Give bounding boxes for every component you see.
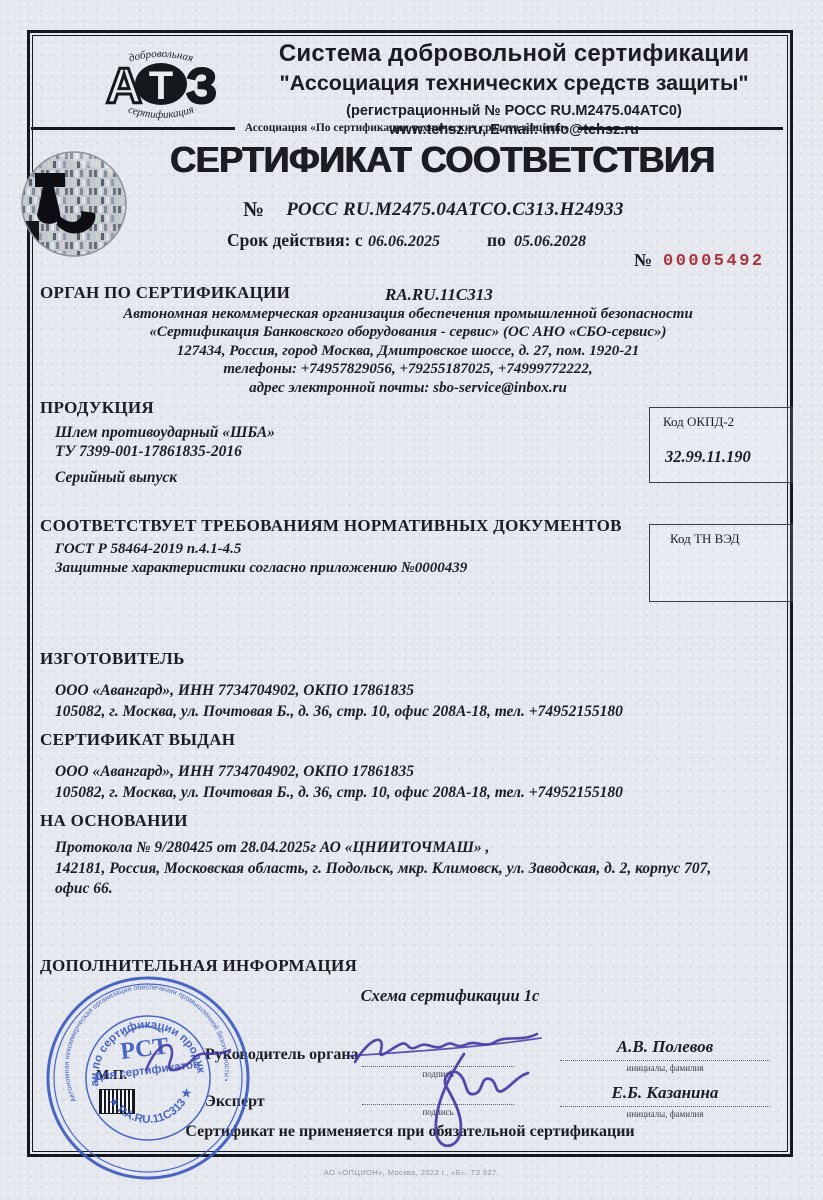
product-serial-note: Серийный выпуск xyxy=(55,469,177,487)
hologram-sticker xyxy=(21,151,127,257)
organ-line: 127434, Россия, город Москва, Дмитровско… xyxy=(55,342,761,360)
certificate-page: { "header": { "logo": {"top": "доброволь… xyxy=(0,0,823,1200)
divider-rule-right xyxy=(579,127,783,130)
section-heading-conformity: СООТВЕТСТВУЕТ ТРЕБОВАНИЯМ НОРМАТИВНЫХ ДО… xyxy=(40,516,640,536)
tnved-code-box: Код ТН ВЭД xyxy=(649,524,793,602)
divider-rule-left xyxy=(31,127,235,130)
form-number-label: № xyxy=(634,250,652,271)
certificate-title: СЕРТИФИКАТ СООТВЕТСТВИЯ xyxy=(170,139,670,181)
header-association-name: "Ассоциация технических средств защиты" xyxy=(240,71,788,96)
form-number-value: 00005492 xyxy=(663,252,765,271)
logo-letters-group: А Т З xyxy=(106,58,217,114)
validity-to-label: по xyxy=(487,230,506,251)
okpd-code-box: Код ОКПД-2 32.99.11.190 xyxy=(649,407,793,483)
issued-to-details: ООО «Авангард», ИНН 7734704902, ОКПО 178… xyxy=(55,762,765,803)
section-heading-organ: ОРГАН ПО СЕРТИФИКАЦИИ xyxy=(40,283,290,303)
stamp-bottom-text: ★ RA.RU.11C313 ★ xyxy=(105,1084,198,1131)
conformity-line: ГОСТ Р 58464-2019 п.4.1-4.5 xyxy=(55,540,635,559)
basis-line: Протокола № 9/280425 от 28.04.2025г АО «… xyxy=(55,838,765,859)
header-registration-number: (регистрационный № РОСС RU.M2475.04АТС0) xyxy=(240,103,788,119)
divider-note: Ассоциация «По сертификации технических … xyxy=(235,122,579,134)
manufacturer-line: 105082, г. Москва, ул. Почтовая Б., д. 3… xyxy=(55,702,765,723)
organ-description: Автономная некоммерческая организация об… xyxy=(55,305,761,397)
expert-name: Е.Б. Казанина xyxy=(560,1083,770,1103)
logo-letter-z: З xyxy=(186,58,217,114)
basis-line: 142181, Россия, Московская область, г. П… xyxy=(55,859,765,880)
section-heading-issued-to: СЕРТИФИКАТ ВЫДАН xyxy=(40,730,235,750)
expert-name-line xyxy=(560,1106,770,1107)
validity-label: Срок действия: с xyxy=(227,230,363,251)
header-system-title: Система добровольной сертификации xyxy=(240,40,788,68)
manufacturer-details: ООО «Авангард», ИНН 7734704902, ОКПО 178… xyxy=(55,681,765,722)
product-line: Шлем противоударный «ШБА» xyxy=(55,424,635,443)
product-line: ТУ 7399-001-17861835-2016 xyxy=(55,443,635,462)
issued-to-line: ООО «Авангард», ИНН 7734704902, ОКПО 178… xyxy=(55,762,765,783)
header-divider: Ассоциация «По сертификации технических … xyxy=(31,122,783,134)
basis-line: офис 66. xyxy=(55,879,765,900)
expert-name-caption: инициалы, фамилия xyxy=(560,1109,770,1119)
organ-line: Автономная некоммерческая организация об… xyxy=(55,305,761,323)
stamp-signature-ink xyxy=(140,1028,240,1083)
organ-line: «Сертификация Банковского оборудования -… xyxy=(55,323,761,341)
svg-text:★ RA.RU.11C313 ★: ★ RA.RU.11C313 ★ xyxy=(105,1084,198,1131)
okpd-code-value: 32.99.11.190 xyxy=(650,430,792,477)
validity-to-date: 05.06.2028 xyxy=(514,233,586,251)
okpd-code-label: Код ОКПД-2 xyxy=(650,408,792,430)
head-name: А.В. Полевов xyxy=(560,1037,770,1057)
logo-letter-t: Т xyxy=(149,64,173,108)
organ-line: телефоны: +74957829056, +79255187025, +7… xyxy=(55,360,761,378)
organ-line: адрес электронной почты: sbo-service@inb… xyxy=(55,379,761,397)
organ-code: RA.RU.11С313 xyxy=(385,285,493,305)
basis-details: Протокола № 9/280425 от 28.04.2025г АО «… xyxy=(55,838,765,900)
expert-signature-ink xyxy=(398,1048,538,1160)
validity-from-date: 06.06.2025 xyxy=(368,233,440,251)
head-name-caption: инициалы, фамилия xyxy=(560,1063,770,1073)
conformity-documents: ГОСТ Р 58464-2019 п.4.1-4.5 Защитные хар… xyxy=(55,540,635,578)
section-heading-product: ПРОДУКЦИЯ xyxy=(40,398,154,418)
manufacturer-line: ООО «Авангард», ИНН 7734704902, ОКПО 178… xyxy=(55,681,765,702)
product-description: Шлем противоударный «ШБА» ТУ 7399-001-17… xyxy=(55,424,635,461)
cert-number-value: РОСС RU.M2475.04АТСО.С313.Н24933 xyxy=(255,199,655,221)
section-heading-manufacturer: ИЗГОТОВИТЕЛЬ xyxy=(40,649,185,669)
tnved-code-label: Код ТН ВЭД xyxy=(650,525,792,547)
head-name-line xyxy=(560,1060,770,1061)
atz-logo: добровольная сертификация А Т З xyxy=(84,36,238,132)
section-heading-basis: НА ОСНОВАНИИ xyxy=(40,811,188,831)
conformity-line: Защитные характеристики согласно приложе… xyxy=(55,559,635,578)
issued-to-line: 105082, г. Москва, ул. Почтовая Б., д. 3… xyxy=(55,783,765,804)
